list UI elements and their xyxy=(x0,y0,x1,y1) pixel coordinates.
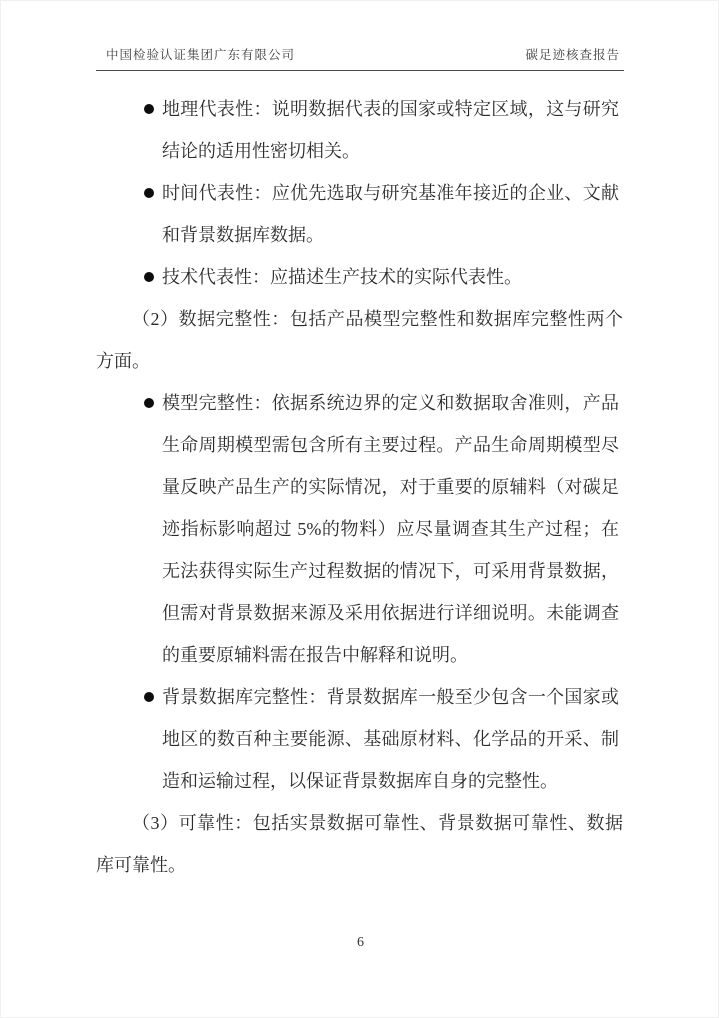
paragraph-reliability: （3）可靠性：包括实景数据可靠性、背景数据可靠性、数据库可靠性。 xyxy=(96,802,623,886)
list-item-time-representativeness: 时间代表性：应优先选取与研究基准年接近的企业、文献和背景数据库数据。 xyxy=(96,172,623,256)
header-company-name: 中国检验认证集团广东有限公司 xyxy=(96,45,295,63)
list-item-geographic-representativeness: 地理代表性：说明数据代表的国家或特定区域，这与研究结论的适用性密切相关。 xyxy=(96,88,623,172)
list-item-text: 地理代表性：说明数据代表的国家或特定区域，这与研究结论的适用性密切相关。 xyxy=(162,88,619,172)
page-header: 中国检验认证集团广东有限公司 碳足迹核查报告 xyxy=(96,45,624,71)
page-number: 6 xyxy=(1,935,719,951)
list-item-model-completeness: 模型完整性：依据系统边界的定义和数据取舍准则，产品生命周期模型需包含所有主要过程… xyxy=(96,382,623,676)
list-item-text: 技术代表性：应描述生产技术的实际代表性。 xyxy=(162,256,619,298)
bullet-icon xyxy=(144,272,154,282)
list-item-text: 时间代表性：应优先选取与研究基准年接近的企业、文献和背景数据库数据。 xyxy=(162,172,619,256)
bullet-icon xyxy=(144,692,154,702)
bullet-icon xyxy=(144,188,154,198)
header-document-title: 碳足迹核查报告 xyxy=(525,45,624,63)
bullet-icon xyxy=(144,104,154,114)
paragraph-data-completeness: （2）数据完整性：包括产品模型完整性和数据库完整性两个方面。 xyxy=(96,298,623,382)
page-body: 地理代表性：说明数据代表的国家或特定区域，这与研究结论的适用性密切相关。 时间代… xyxy=(96,88,623,886)
list-item-text: 模型完整性：依据系统边界的定义和数据取舍准则，产品生命周期模型需包含所有主要过程… xyxy=(162,382,619,676)
list-item-background-database-completeness: 背景数据库完整性：背景数据库一般至少包含一个国家或地区的数百种主要能源、基础原材… xyxy=(96,676,623,802)
bullet-icon xyxy=(144,398,154,408)
list-item-text: 背景数据库完整性：背景数据库一般至少包含一个国家或地区的数百种主要能源、基础原材… xyxy=(162,676,619,802)
list-item-technical-representativeness: 技术代表性：应描述生产技术的实际代表性。 xyxy=(96,256,623,298)
document-page: 中国检验认证集团广东有限公司 碳足迹核查报告 地理代表性：说明数据代表的国家或特… xyxy=(0,0,719,1018)
